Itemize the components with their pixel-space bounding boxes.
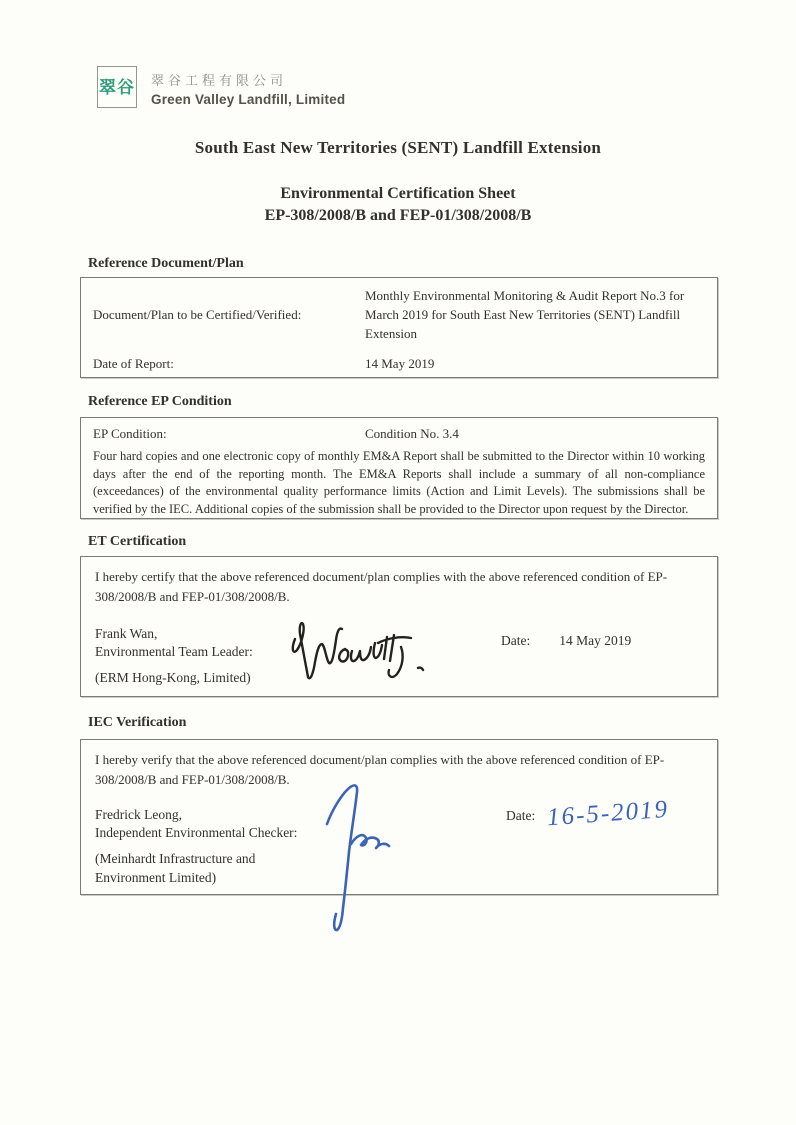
section-heading-reference-ep-condition: Reference EP Condition — [88, 394, 232, 410]
company-name-chinese: 翠谷工程有限公司 — [151, 70, 345, 89]
et-signer-company: (ERM Hong-Kong, Limited) — [95, 669, 253, 687]
document-plan-label: Document/Plan to be Certified/Verified: — [93, 307, 365, 323]
section-heading-reference-document: Reference Document/Plan — [88, 256, 244, 272]
iec-signature-icon — [313, 772, 405, 940]
iec-signer-name: Fredrick Leong, — [95, 806, 297, 824]
et-signer-name: Frank Wan, — [95, 625, 253, 643]
iec-signer-block: Fredrick Leong, Independent Environmenta… — [95, 806, 297, 887]
et-signer-block: Frank Wan, Environmental Team Leader: (E… — [95, 625, 253, 688]
et-signer-title: Environmental Team Leader: — [95, 643, 253, 661]
et-date-value: 14 May 2019 — [559, 633, 631, 649]
iec-date-label: Date: — [506, 808, 535, 824]
section-heading-iec-verification: IEC Verification — [88, 715, 186, 731]
logo-characters: 翠谷 — [99, 79, 135, 96]
et-date-label: Date: — [501, 633, 530, 649]
green-valley-logo-icon: 翠谷 — [97, 66, 137, 108]
iec-signer-company-line2: Environment Limited) — [95, 869, 297, 887]
et-date-row: Date: 14 May 2019 — [501, 633, 631, 649]
project-title: South East New Territories (SENT) Landfi… — [0, 138, 796, 158]
ep-condition-value: Condition No. 3.4 — [365, 426, 705, 442]
date-of-report-label: Date of Report: — [93, 356, 365, 372]
et-certification-statement: I hereby certify that the above referenc… — [95, 567, 699, 606]
ep-condition-label: EP Condition: — [93, 426, 365, 442]
ep-condition-row: EP Condition: Condition No. 3.4 — [93, 426, 705, 442]
et-certification-box: I hereby certify that the above referenc… — [80, 556, 718, 697]
permit-numbers: EP-308/2008/B and FEP-01/308/2008/B — [0, 207, 796, 225]
company-names: 翠谷工程有限公司 Green Valley Landfill, Limited — [151, 66, 345, 107]
reference-document-table: Document/Plan to be Certified/Verified: … — [93, 287, 705, 373]
ep-condition-text: Four hard copies and one electronic copy… — [93, 448, 705, 518]
section-heading-et-certification: ET Certification — [88, 534, 186, 550]
certification-sheet-page: 翠谷 翠谷工程有限公司 Green Valley Landfill, Limit… — [0, 0, 796, 1125]
document-title: Environmental Certification Sheet — [0, 185, 796, 203]
et-signature-icon — [285, 613, 437, 693]
document-plan-value: Monthly Environmental Monitoring & Audit… — [365, 287, 705, 344]
company-header: 翠谷 翠谷工程有限公司 Green Valley Landfill, Limit… — [97, 66, 345, 108]
iec-verification-box: I hereby verify that the above reference… — [80, 739, 718, 895]
iec-signer-title: Independent Environmental Checker: — [95, 824, 297, 842]
iec-date-handwritten-value: 16-5-2019 — [546, 796, 670, 832]
reference-ep-condition-box: EP Condition: Condition No. 3.4 Four har… — [80, 417, 718, 519]
iec-date-row: Date: 16-5-2019 — [506, 808, 669, 828]
date-of-report-value: 14 May 2019 — [365, 355, 705, 374]
reference-document-box: Document/Plan to be Certified/Verified: … — [80, 277, 718, 378]
company-name-english: Green Valley Landfill, Limited — [151, 92, 345, 107]
iec-signer-company-line1: (Meinhardt Infrastructure and — [95, 850, 297, 868]
